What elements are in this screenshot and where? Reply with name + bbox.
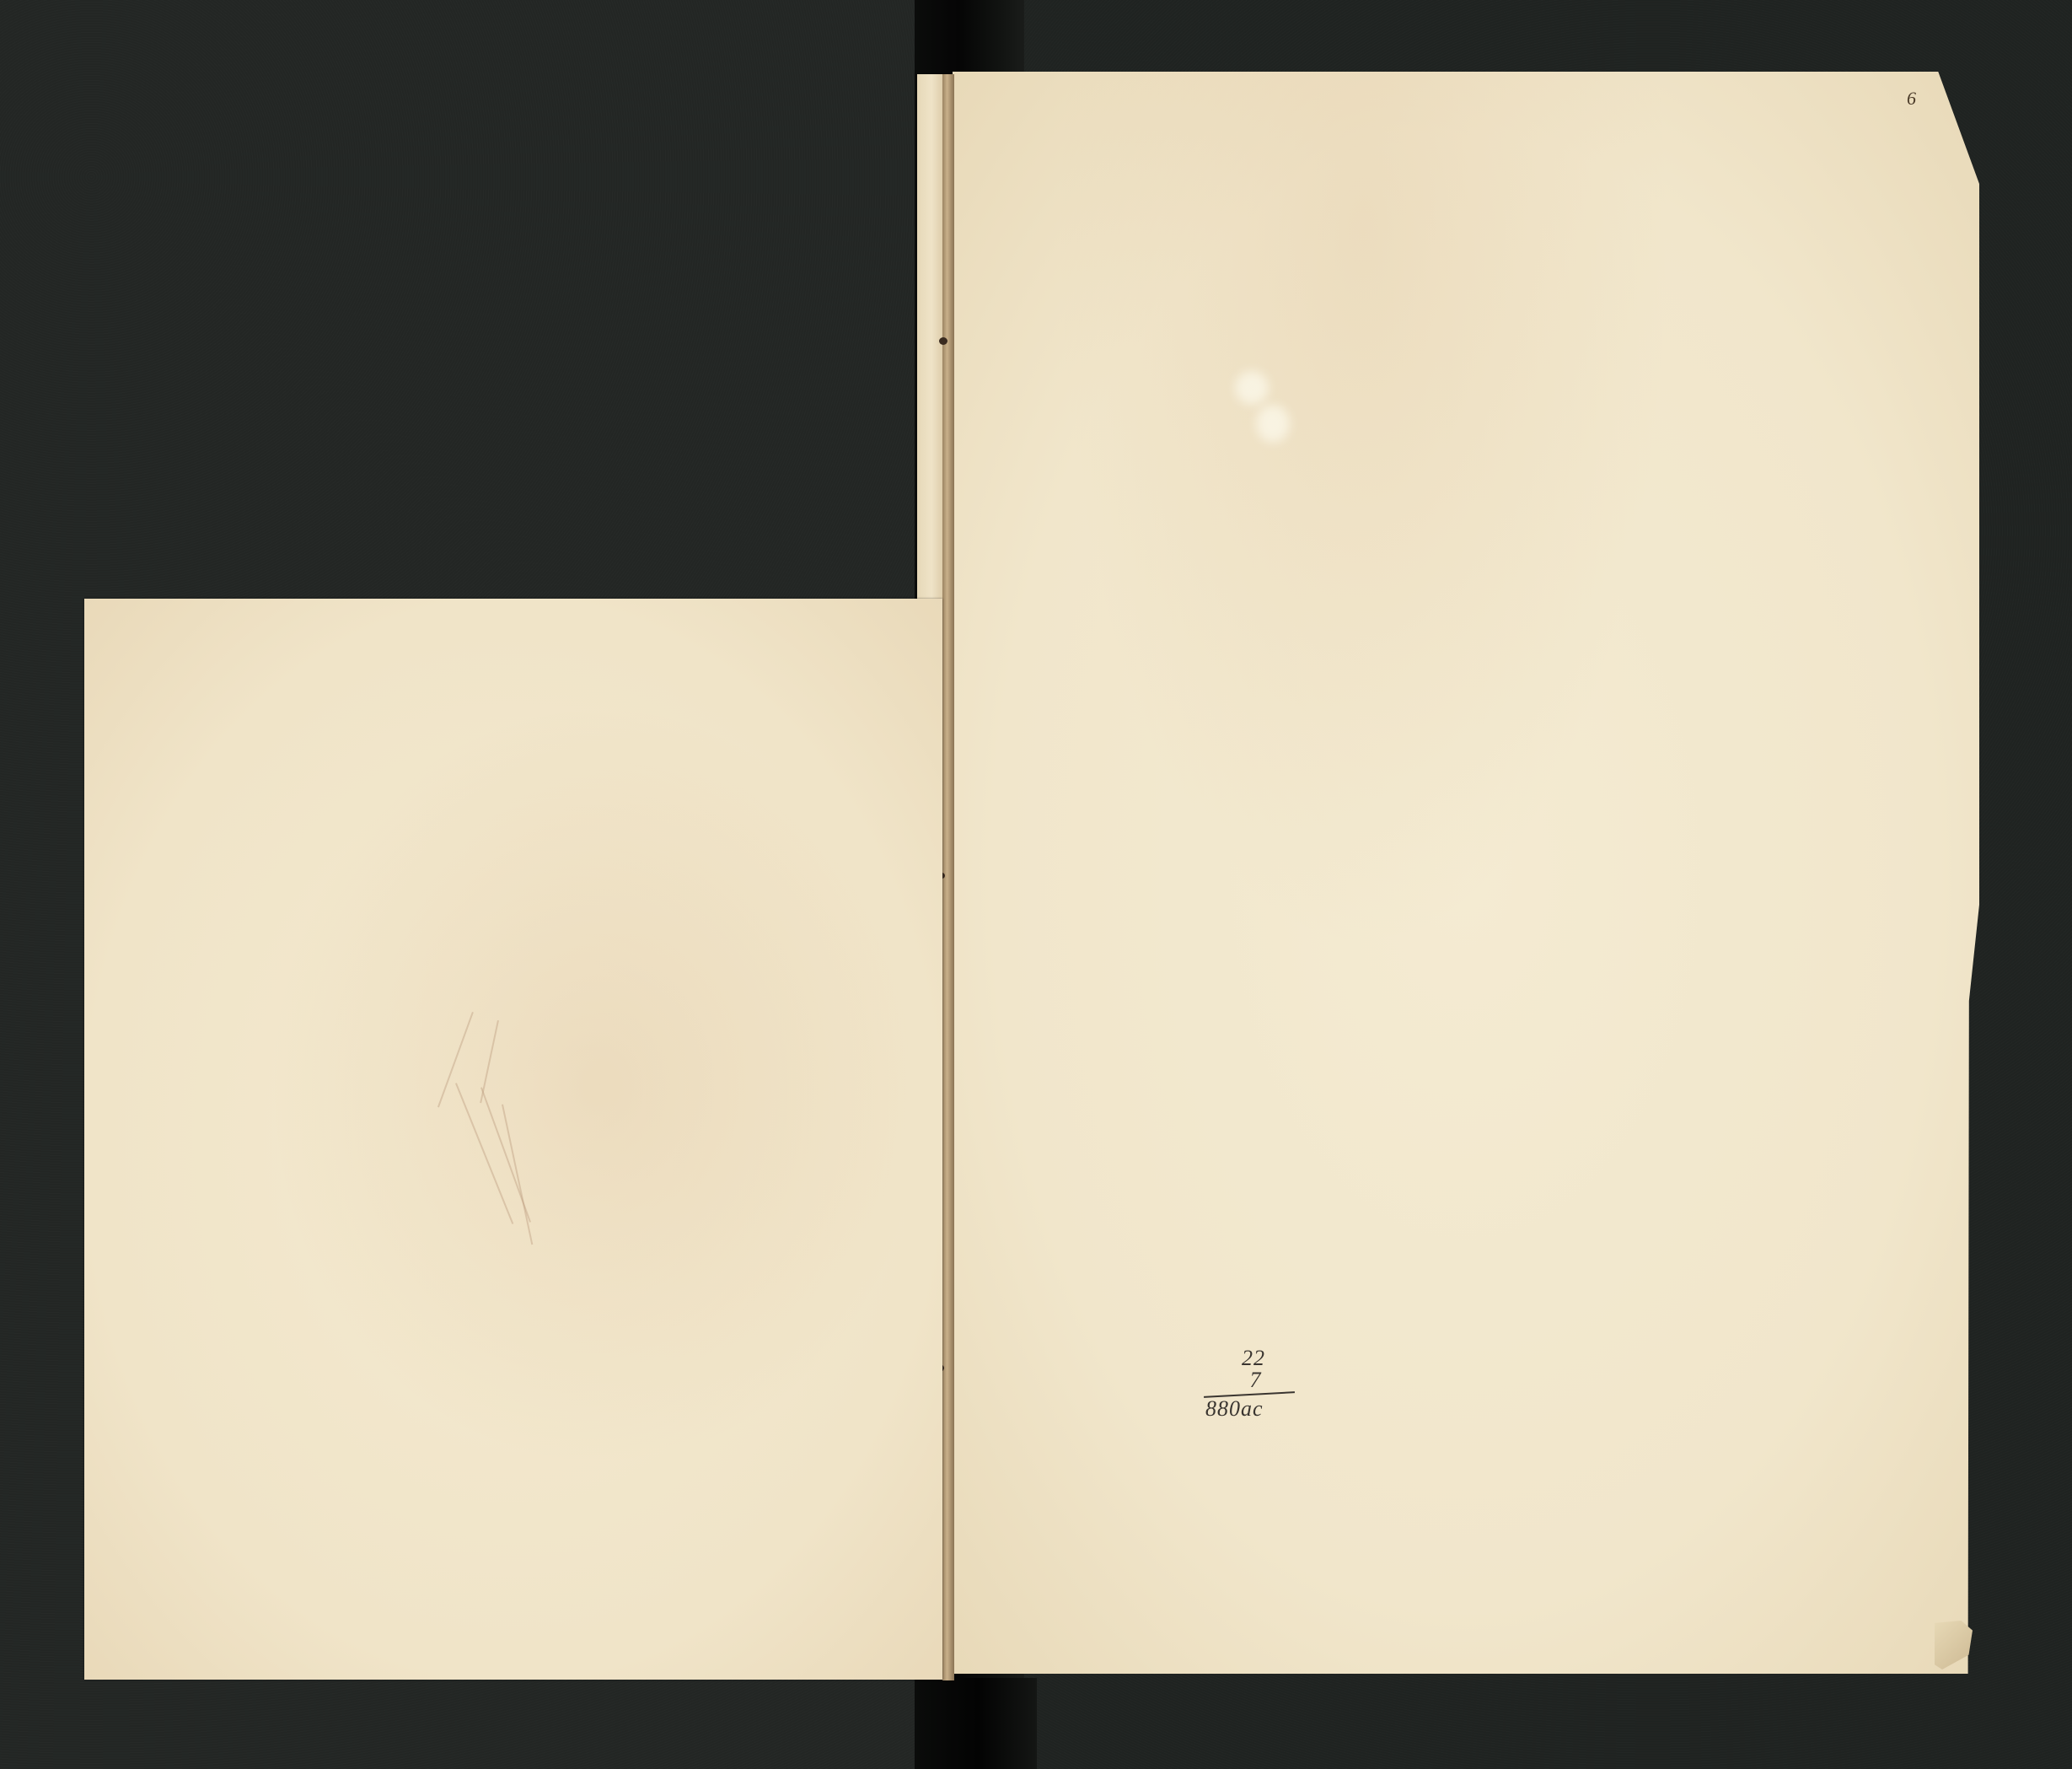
left-page: [84, 599, 942, 1680]
corner-page-mark: 6: [1907, 88, 1916, 110]
calc-result: 880ac: [1205, 1398, 1295, 1420]
calc-operand-1: 22: [1205, 1347, 1295, 1369]
crease-mark: [502, 1105, 533, 1245]
paper-spot: [1235, 371, 1269, 405]
handwritten-calculation: 22 7 880ac: [1205, 1347, 1295, 1420]
binding-thread-knot: [939, 337, 947, 345]
paper-spot: [1256, 405, 1290, 443]
calc-operand-2: 7: [1205, 1369, 1295, 1391]
scan-canvas: 6 22 7 880ac: [0, 0, 2072, 1769]
binding-spine-bottom: [919, 1678, 1037, 1769]
crease-mark: [437, 1012, 474, 1107]
right-page: [953, 72, 1979, 1674]
